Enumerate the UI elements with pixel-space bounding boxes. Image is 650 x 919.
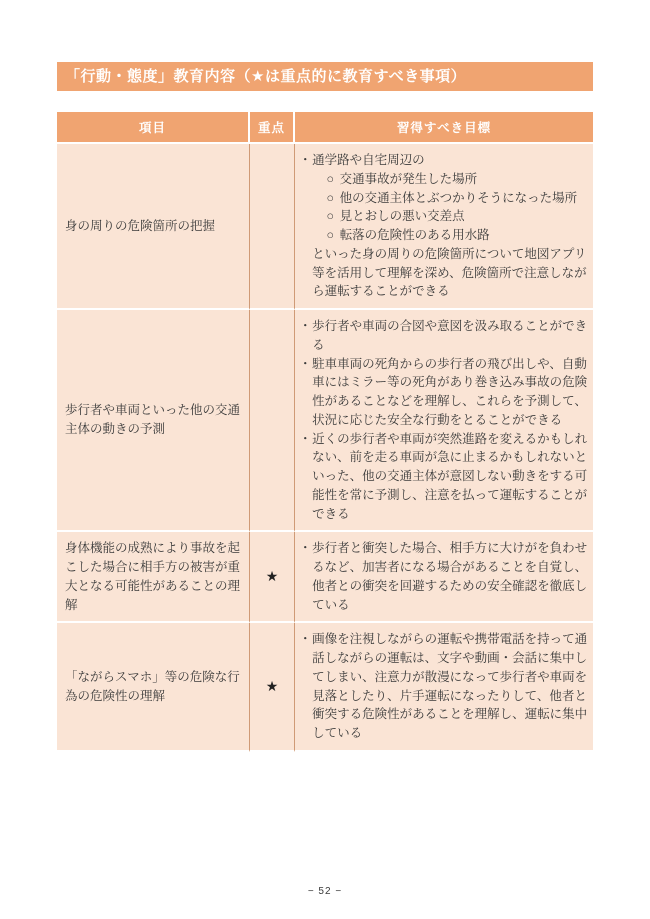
goal-line: ・画像を注視しながらの運転や携帯電話を持って通話しながらの運転は、文字や動画・会…: [299, 630, 588, 743]
goal-text: 交通事故が発生した場所: [340, 170, 588, 189]
table-row: 身の周りの危険箇所の把握・通学路や自宅周辺の○交通事故が発生した場所○他の交通主…: [57, 144, 593, 310]
bullet-marker: ・: [299, 317, 312, 355]
item-cell: 歩行者や車両といった他の交通主体の動きの予測: [57, 310, 250, 532]
goal-text: といった身の周りの危険箇所について地図アプリ等を活用して理解を深め、危険箇所で注…: [312, 245, 588, 301]
table-row: 歩行者や車両といった他の交通主体の動きの予測・歩行者や車両の合図や意図を汲み取る…: [57, 310, 593, 532]
item-cell: 身体機能の成熟により事故を起こした場合に相手方の被害が重大となる可能性があること…: [57, 532, 250, 623]
goal-line: ・近くの歩行者や車両が突然進路を変えるかもしれない、前を走る車両が急に止まるかも…: [299, 430, 588, 524]
goal-text: 転落の危険性のある用水路: [340, 226, 588, 245]
goal-line: ○転落の危険性のある用水路: [299, 226, 588, 245]
goal-text: 見とおしの悪い交差点: [340, 207, 588, 226]
goal-line: ・駐車車両の死角からの歩行者の飛び出しや、自動車にはミラー等の死角があり巻き込み…: [299, 355, 588, 430]
document-content: 「行動・態度」教育内容（★は重点的に教育すべき事項） 項目 重点 習得すべき目標…: [57, 62, 593, 752]
goal-line: ○他の交通主体とぶつかりそうになった場所: [299, 189, 588, 208]
table-row: 身体機能の成熟により事故を起こした場合に相手方の被害が重大となる可能性があること…: [57, 532, 593, 623]
bullet-marker: ・: [299, 630, 312, 743]
table-header-row: 項目 重点 習得すべき目標: [57, 112, 593, 144]
goal-text: 他の交通主体とぶつかりそうになった場所: [340, 189, 588, 208]
item-cell: 身の周りの危険箇所の把握: [57, 144, 250, 310]
emphasis-star-icon: ★: [250, 532, 295, 623]
table-body: 身の周りの危険箇所の把握・通学路や自宅周辺の○交通事故が発生した場所○他の交通主…: [57, 144, 593, 752]
column-header-goals: 習得すべき目標: [295, 112, 593, 144]
page-number: − 52 −: [0, 886, 650, 897]
circle-marker: ○: [327, 170, 340, 189]
emphasis-cell: [250, 310, 295, 532]
goals-cell: ・通学路や自宅周辺の○交通事故が発生した場所○他の交通主体とぶつかりそうになった…: [295, 144, 593, 310]
goal-line: ・歩行者や車両の合図や意図を汲み取ることができる: [299, 317, 588, 355]
goals-cell: ・画像を注視しながらの運転や携帯電話を持って通話しながらの運転は、文字や動画・会…: [295, 623, 593, 752]
goal-text: 近くの歩行者や車両が突然進路を変えるかもしれない、前を走る車両が急に止まるかもし…: [312, 430, 588, 524]
column-header-emphasis: 重点: [250, 112, 295, 144]
goals-cell: ・歩行者と衝突した場合、相手方に大けがを負わせるなど、加害者になる場合があること…: [295, 532, 593, 623]
education-content-table: 項目 重点 習得すべき目標 身の周りの危険箇所の把握・通学路や自宅周辺の○交通事…: [57, 112, 593, 752]
goal-text: 通学路や自宅周辺の: [312, 151, 588, 170]
goal-text: 歩行者と衝突した場合、相手方に大けがを負わせるなど、加害者になる場合があることを…: [312, 539, 588, 614]
column-header-item: 項目: [57, 112, 250, 144]
goal-line: ○見とおしの悪い交差点: [299, 207, 588, 226]
page-title: 「行動・態度」教育内容（★は重点的に教育すべき事項）: [57, 62, 593, 91]
goal-text: 歩行者や車両の合図や意図を汲み取ることができる: [312, 317, 588, 355]
emphasis-cell: [250, 144, 295, 310]
bullet-marker: ・: [299, 539, 312, 614]
bullet-marker: ・: [299, 151, 312, 170]
item-cell: 「ながらスマホ」等の危険な行為の危険性の理解: [57, 623, 250, 752]
goals-cell: ・歩行者や車両の合図や意図を汲み取ることができる・駐車車両の死角からの歩行者の飛…: [295, 310, 593, 532]
circle-marker: ○: [327, 226, 340, 245]
table-row: 「ながらスマホ」等の危険な行為の危険性の理解★・画像を注視しながらの運転や携帯電…: [57, 623, 593, 752]
goal-line: ・通学路や自宅周辺の: [299, 151, 588, 170]
emphasis-star-icon: ★: [250, 623, 295, 752]
circle-marker: ○: [327, 189, 340, 208]
goal-line: といった身の周りの危険箇所について地図アプリ等を活用して理解を深め、危険箇所で注…: [299, 245, 588, 301]
goal-text: 駐車車両の死角からの歩行者の飛び出しや、自動車にはミラー等の死角があり巻き込み事…: [312, 355, 588, 430]
goal-line: ・歩行者と衝突した場合、相手方に大けがを負わせるなど、加害者になる場合があること…: [299, 539, 588, 614]
bullet-marker: ・: [299, 355, 312, 430]
table-header: 項目 重点 習得すべき目標: [57, 112, 593, 144]
circle-marker: ○: [327, 207, 340, 226]
goal-text: 画像を注視しながらの運転や携帯電話を持って通話しながらの運転は、文字や動画・会話…: [312, 630, 588, 743]
goal-line: ○交通事故が発生した場所: [299, 170, 588, 189]
bullet-marker: ・: [299, 430, 312, 524]
